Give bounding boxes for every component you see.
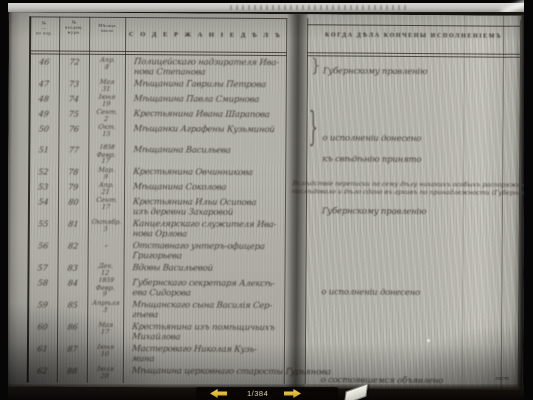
case-content: Губернскаго секретаря Алексѣ-ева Сидоров… bbox=[123, 278, 284, 299]
case-content-line: Мѣщанки Аграфены Кузьминой bbox=[133, 124, 286, 135]
ledger-document: № — по пор. № входящ. журн. Мѣсяцъ число… bbox=[7, 12, 526, 390]
entry-number: 57 bbox=[27, 262, 58, 275]
case-content: Крестьянина изъ помѣщичьихъМихайлова bbox=[123, 322, 284, 343]
entry-number: 51 bbox=[27, 144, 59, 164]
case-content-line: Михайлова bbox=[132, 332, 285, 343]
header-entry-no: № — по пор. bbox=[29, 20, 59, 35]
ledger-row: 58 84 1859 Февр. 9 Губернскаго секретаря… bbox=[7, 277, 523, 301]
ledger-row: 59 85 Апрѣля 3 Мѣщанскаго сына Василія С… bbox=[7, 299, 523, 323]
entry-number: 49 bbox=[28, 108, 59, 121]
case-content-line: Мѣщанина церковнаго старосты Гурьянова bbox=[131, 366, 284, 377]
entry-date: Окт. 15 bbox=[87, 124, 125, 143]
resolution-note: Губернскому правленію bbox=[322, 206, 427, 217]
entry-date: Сент. 2 bbox=[88, 109, 125, 122]
entry-date: 1858 Февр. 17 bbox=[87, 145, 125, 165]
resolution-note: о исполненіи донесено bbox=[321, 287, 420, 298]
entry-date: Іюля 28 bbox=[86, 365, 124, 384]
journal-number: 84 bbox=[56, 277, 88, 297]
resolution-note-small: Вслѣдствіе переписки по сему дѣлу никаки… bbox=[291, 180, 528, 198]
case-content-line: Мѣщанина Васильева bbox=[133, 145, 286, 156]
entry-date: Апр. 21 bbox=[87, 181, 124, 194]
entry-date: Іюня 19 bbox=[88, 94, 125, 107]
entry-date: Іюня 10 bbox=[86, 343, 124, 363]
ledger-row: 51 77 1858 Февр. 17 Мѣщанина Васильева к… bbox=[8, 144, 524, 167]
screen-glare-band bbox=[0, 3, 524, 12]
header-journal-no: № входящ. журн. bbox=[59, 20, 89, 35]
entry-date: Апрѣля 3 bbox=[86, 299, 124, 319]
case-content: Отставнаго унтеръ-офицераГригорьева bbox=[124, 241, 285, 262]
grouping-brace-icon: } bbox=[311, 55, 321, 77]
photo-of-screen: № — по пор. № входящ. журн. Мѣсяцъ число… bbox=[0, 0, 533, 400]
resolution-cell bbox=[307, 80, 525, 95]
entry-date: Мар. 9 bbox=[87, 166, 124, 179]
journal-number: 79 bbox=[57, 181, 88, 194]
entry-date: Апр. 8 bbox=[88, 57, 126, 77]
ledger-row: 49 75 Сент. 2 Крестьянина Ивана Шарапова bbox=[9, 108, 525, 125]
case-content-line: нова Орлова bbox=[132, 229, 285, 240]
entry-number: 60 bbox=[26, 321, 58, 341]
case-content-line: Мѣщанина Гаврилы Петрова bbox=[133, 79, 286, 90]
resolution-note: Губернскому правленію bbox=[323, 66, 428, 77]
ledger-row: 48 74 Іюня 19 Мѣщанина Павла Смирнова bbox=[9, 93, 525, 110]
resolution-note: о исполненіи донесено bbox=[322, 133, 421, 144]
entry-date: Октябр. 5 bbox=[87, 218, 125, 238]
case-content-line: Крестьянина Ивана Шарапова bbox=[133, 109, 286, 120]
journal-number: 88 bbox=[56, 365, 88, 384]
resolution-cell: о исполненіи донесено bbox=[305, 279, 523, 301]
journal-number: 82 bbox=[57, 240, 89, 260]
case-content: Мѣщанина Соколова bbox=[124, 182, 285, 196]
entry-number: 58 bbox=[26, 277, 58, 297]
entry-date: Мая 31 bbox=[88, 79, 125, 92]
case-content: Полицейскаго надзирателя Ива-нова Степан… bbox=[125, 57, 286, 78]
case-content-line: Губернскаго секретаря Алексѣ- bbox=[132, 278, 285, 289]
case-content-line: ева Сидорова bbox=[132, 288, 285, 299]
resolution-note: къ свѣдѣнію принято bbox=[322, 154, 421, 165]
entry-number: 54 bbox=[27, 196, 59, 216]
journal-number: 75 bbox=[58, 109, 89, 122]
header-date: Мѣсяцъ число bbox=[89, 23, 125, 33]
case-content-line: Отставнаго унтеръ-офицера bbox=[132, 241, 285, 252]
journal-number: 86 bbox=[56, 321, 88, 341]
journal-number: 76 bbox=[57, 124, 89, 143]
entry-number: 61 bbox=[26, 343, 58, 363]
resolution-cell bbox=[307, 110, 525, 125]
case-content-line: Крестьянина Овчинникова bbox=[133, 167, 286, 178]
case-content: Крестьянина Ильи Осиповаизъ деревни Заха… bbox=[124, 197, 285, 218]
case-content: Мѣщанскаго сына Василія Сер-гѣева bbox=[123, 300, 284, 321]
paper-speck bbox=[427, 339, 430, 342]
case-content-line: Мѣщанскаго сына Василія Сер- bbox=[132, 300, 285, 311]
case-content-line: Вдовы Васильевой bbox=[132, 263, 285, 274]
journal-number: 83 bbox=[57, 262, 88, 275]
ledger-rows: 46 72 Апр. 8 Полицейскаго надзирателя Ив… bbox=[7, 56, 525, 389]
case-content: Мѣщанки Аграфены Кузьминой bbox=[124, 124, 285, 144]
entry-number: 62 bbox=[26, 365, 58, 384]
entry-number: 59 bbox=[26, 299, 58, 319]
entry-number: 53 bbox=[27, 181, 58, 194]
case-content-line: изъ деревни Захаровой bbox=[133, 207, 286, 218]
viewer-toolbar: 1/384 bbox=[196, 387, 338, 400]
resolution-cell: }о исполненіи донесено bbox=[306, 125, 524, 146]
entry-number: 48 bbox=[28, 93, 59, 106]
ledger-row: 52 78 Мар. 9 Крестьянина Овчинникова bbox=[8, 166, 524, 183]
ledger-row: 60 86 Мая 17 Крестьянина изъ помѣщичьихъ… bbox=[7, 321, 523, 345]
journal-number: 78 bbox=[57, 166, 88, 179]
entry-number: 52 bbox=[27, 166, 58, 179]
journal-number: 73 bbox=[58, 79, 89, 92]
journal-number: 81 bbox=[57, 218, 89, 238]
case-content-line: гѣева bbox=[132, 310, 285, 321]
entry-date: 1859 Февр. 9 bbox=[86, 277, 124, 297]
resolution-cell bbox=[307, 95, 525, 110]
resolution-cell: къ свѣдѣнію принято bbox=[306, 146, 524, 167]
resolution-cell bbox=[306, 242, 524, 264]
entry-number: 56 bbox=[27, 240, 59, 260]
ledger-row: 47 73 Мая 31 Мѣщанина Гаврилы Петрова bbox=[9, 78, 525, 95]
entry-date: „ bbox=[87, 240, 125, 260]
journal-number: 85 bbox=[56, 299, 88, 319]
entry-number: 50 bbox=[27, 123, 59, 142]
case-content: Мѣщанина Павла Смирнова bbox=[125, 94, 286, 108]
ledger-row: 50 76 Окт. 15 Мѣщанки Аграфены Кузьминой… bbox=[8, 123, 524, 146]
entry-date: Дек. 12 bbox=[87, 262, 124, 275]
case-content: Крестьянина Ивана Шарапова bbox=[125, 109, 286, 123]
screen-right-bezel bbox=[524, 0, 533, 400]
case-content-line: Григорьева bbox=[132, 251, 285, 262]
case-content: Мастероваго Николая Кузь-мина bbox=[123, 344, 284, 365]
next-page-arrow-icon[interactable] bbox=[284, 389, 301, 398]
screen-left-bezel bbox=[0, 0, 8, 400]
journal-number: 87 bbox=[56, 343, 88, 363]
resolution-cell bbox=[305, 301, 523, 323]
ledger-row: 55 81 Октябр. 5 Канцелярскаго служителя … bbox=[8, 218, 524, 242]
journal-number: 77 bbox=[57, 145, 89, 165]
previous-page-arrow-icon[interactable] bbox=[210, 389, 227, 398]
ledger-row: 53 79 Апр. 21 Мѣщанина Соколова Вслѣдств… bbox=[8, 181, 524, 198]
case-content-line: Крестьянина изъ помѣщичьихъ bbox=[132, 322, 285, 333]
entry-date: Сент. 17 bbox=[87, 196, 125, 216]
entry-number: 47 bbox=[28, 78, 59, 91]
case-content-line: Канцелярскаго служителя Ива- bbox=[132, 219, 285, 230]
case-content: Канцелярскаго служителя Ива-нова Орлова bbox=[124, 219, 285, 240]
journal-number: 74 bbox=[58, 94, 89, 107]
resolution-cell: }Губернскому правленію bbox=[307, 58, 525, 80]
resolution-cell bbox=[305, 264, 523, 279]
page-counter: 1/384 bbox=[247, 389, 268, 398]
case-content: Мѣщанина церковнаго старосты Гурьянова bbox=[123, 366, 284, 386]
case-content-line: Крестьянина Ильи Осипова bbox=[133, 197, 286, 208]
resolution-cell: Вслѣдствіе переписки по сему дѣлу никаки… bbox=[306, 183, 524, 198]
grouping-brace-icon: } bbox=[308, 103, 318, 150]
entry-date: Мая 17 bbox=[86, 321, 124, 341]
resolution-cell bbox=[305, 323, 523, 345]
journal-number: 72 bbox=[58, 57, 90, 77]
case-content-line: мина bbox=[132, 354, 285, 365]
case-content-line: нова Степанова bbox=[134, 67, 287, 78]
case-content: Мѣщанина Гаврилы Петрова bbox=[125, 79, 286, 93]
header-case-content: С О Д Е Р Ж А Н І Е Д Ѣ Л Ъ bbox=[125, 31, 286, 39]
journal-number: 80 bbox=[57, 196, 89, 216]
page-binding bbox=[285, 14, 308, 388]
ledger-row: 61 87 Іюня 10 Мастероваго Николая Кузь-м… bbox=[7, 343, 523, 367]
ledger-row: 46 72 Апр. 8 Полицейскаго надзирателя Ив… bbox=[9, 56, 525, 80]
page-corner-mark: лист. bbox=[495, 376, 511, 382]
case-content-line: Мастероваго Николая Кузь- bbox=[132, 344, 285, 355]
case-content: Мѣщанина Васильева bbox=[124, 145, 285, 166]
ledger-row: 56 82 „ Отставнаго унтеръ-офицераГригорь… bbox=[8, 240, 524, 264]
ledger-row: 57 83 Дек. 12 Вдовы Васильевой bbox=[7, 262, 523, 279]
case-content: Крестьянина Овчинникова bbox=[124, 167, 285, 181]
case-content-line: Мѣщанина Соколова bbox=[133, 182, 286, 193]
resolution-cell: Губернскому правленію bbox=[306, 198, 524, 220]
ledger-row: 54 80 Сент. 17 Крестьянина Ильи Осиповаи… bbox=[8, 196, 524, 220]
case-content-line: Мѣщанина Павла Смирнова bbox=[133, 94, 286, 105]
resolution-cell bbox=[305, 345, 523, 367]
resolution-cell bbox=[306, 220, 524, 242]
case-content: Вдовы Васильевой bbox=[123, 263, 284, 277]
entry-number: 55 bbox=[27, 218, 59, 238]
entry-number: 46 bbox=[28, 56, 60, 76]
